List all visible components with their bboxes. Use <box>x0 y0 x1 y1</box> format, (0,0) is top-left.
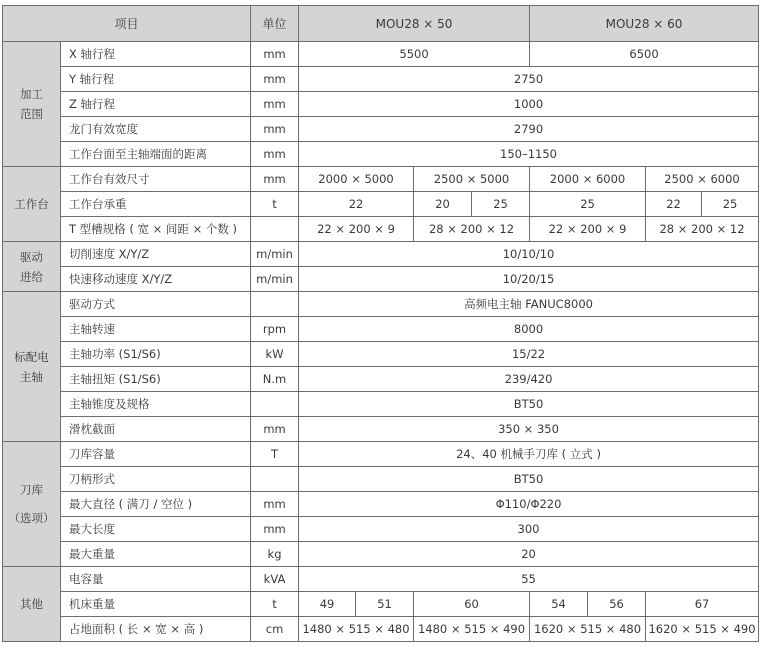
value-cell: 8000 <box>299 317 759 342</box>
item-label: X 轴行程 <box>61 42 251 67</box>
unit-cell: mm <box>251 167 299 192</box>
value-cell: 300 <box>299 517 759 542</box>
item-label: Y 轴行程 <box>61 67 251 92</box>
value-cell: 1620 × 515 × 490 <box>646 617 759 642</box>
table-row: 龙门有效宽度 mm 2790 <box>3 117 759 142</box>
table-row: 最大长度 mm 300 <box>3 517 759 542</box>
value-cell: 1480 × 515 × 490 <box>414 617 530 642</box>
table-row: 占地面积 ( 长 × 宽 × 高 ) cm 1480 × 515 × 480 1… <box>3 617 759 642</box>
item-label: 主轴功率 (S1/S6) <box>61 342 251 367</box>
item-label: 刀库容量 <box>61 442 251 467</box>
item-label: 最大长度 <box>61 517 251 542</box>
group-spindle: 标配电 主轴 <box>3 292 61 442</box>
group-drive: 驱动 进给 <box>3 242 61 292</box>
unit-cell: m/min <box>251 267 299 292</box>
value-cell: 1620 × 515 × 480 <box>530 617 646 642</box>
value-cell: 22 × 200 × 9 <box>530 217 646 242</box>
table-row: 主轴功率 (S1/S6) kW 15/22 <box>3 342 759 367</box>
table-row: 最大直径 ( 满刀 / 空位 ) mm Φ110/Φ220 <box>3 492 759 517</box>
item-label: 占地面积 ( 长 × 宽 × 高 ) <box>61 617 251 642</box>
value-cell: 55 <box>299 567 759 592</box>
unit-cell <box>251 467 299 492</box>
header-model-b: MOU28 × 60 <box>530 6 759 42</box>
table-row: 工作台承重 t 22 20 25 25 22 25 <box>3 192 759 217</box>
unit-cell: rpm <box>251 317 299 342</box>
spec-table: 项目 单位 MOU28 × 50 MOU28 × 60 加工 范围 X 轴行程 … <box>2 5 759 642</box>
unit-cell: kg <box>251 542 299 567</box>
unit-cell: kVA <box>251 567 299 592</box>
group-label: 加工 <box>3 84 60 104</box>
value-cell: Φ110/Φ220 <box>299 492 759 517</box>
value-cell: 20 <box>299 542 759 567</box>
unit-cell: t <box>251 192 299 217</box>
header-item: 项目 <box>3 6 251 42</box>
value-cell: 22 <box>646 192 702 217</box>
table-row: 主轴转速 rpm 8000 <box>3 317 759 342</box>
group-label: 进给 <box>3 267 60 287</box>
unit-cell: N.m <box>251 367 299 392</box>
header-row: 项目 单位 MOU28 × 50 MOU28 × 60 <box>3 6 759 42</box>
unit-cell: mm <box>251 417 299 442</box>
unit-cell <box>251 392 299 417</box>
value-cell: 2500 × 5000 <box>414 167 530 192</box>
value-cell: 150–1150 <box>299 142 759 167</box>
table-row: 驱动 进给 切削速度 X/Y/Z m/min 10/10/10 <box>3 242 759 267</box>
group-label: 刀库 <box>3 480 60 500</box>
group-label: （选项） <box>3 508 60 528</box>
value-cell: 2000 × 6000 <box>530 167 646 192</box>
item-label: 主轴锥度及规格 <box>61 392 251 417</box>
value-cell: 高频电主轴 FANUC8000 <box>299 292 759 317</box>
unit-cell: m/min <box>251 242 299 267</box>
item-label: 最大重量 <box>61 542 251 567</box>
value-cell: BT50 <box>299 467 759 492</box>
item-label: 主轴扭矩 (S1/S6) <box>61 367 251 392</box>
table-row: 刀柄形式 BT50 <box>3 467 759 492</box>
value-cell: 22 <box>299 192 414 217</box>
group-magazine: 刀库 （选项） <box>3 442 61 567</box>
value-cell: 28 × 200 × 12 <box>414 217 530 242</box>
unit-cell: mm <box>251 67 299 92</box>
value-cell: 67 <box>646 592 759 617</box>
item-label: 快速移动速度 X/Y/Z <box>61 267 251 292</box>
value-cell: 25 <box>702 192 759 217</box>
unit-cell: mm <box>251 517 299 542</box>
value-cell: BT50 <box>299 392 759 417</box>
unit-cell: cm <box>251 617 299 642</box>
table-row: 滑枕截面 mm 350 × 350 <box>3 417 759 442</box>
unit-cell: mm <box>251 42 299 67</box>
table-row: 其他 电容量 kVA 55 <box>3 567 759 592</box>
table-row: T 型槽规格 ( 宽 × 间距 × 个数 ) 22 × 200 × 9 28 ×… <box>3 217 759 242</box>
unit-cell: mm <box>251 492 299 517</box>
item-label: 滑枕截面 <box>61 417 251 442</box>
value-cell: 1480 × 515 × 480 <box>299 617 414 642</box>
group-label: 范围 <box>3 104 60 124</box>
item-label: 刀柄形式 <box>61 467 251 492</box>
group-label: 驱动 <box>3 247 60 267</box>
value-cell: 10/10/10 <box>299 242 759 267</box>
value-cell: 49 <box>299 592 356 617</box>
header-unit: 单位 <box>251 6 299 42</box>
value-cell: 22 × 200 × 9 <box>299 217 414 242</box>
item-label: 工作台面至主轴端面的距离 <box>61 142 251 167</box>
value-cell: 6500 <box>530 42 759 67</box>
item-label: T 型槽规格 ( 宽 × 间距 × 个数 ) <box>61 217 251 242</box>
item-label: 机床重量 <box>61 592 251 617</box>
group-table: 工作台 <box>3 167 61 242</box>
table-row: Y 轴行程 mm 2750 <box>3 67 759 92</box>
item-label: 电容量 <box>61 567 251 592</box>
item-label: 驱动方式 <box>61 292 251 317</box>
table-row: 工作台面至主轴端面的距离 mm 150–1150 <box>3 142 759 167</box>
unit-cell: mm <box>251 92 299 117</box>
value-cell: 20 <box>414 192 472 217</box>
table-row: 机床重量 t 49 51 60 54 56 67 <box>3 592 759 617</box>
unit-cell <box>251 292 299 317</box>
item-label: 工作台承重 <box>61 192 251 217</box>
group-other: 其他 <box>3 567 61 642</box>
value-cell: 15/22 <box>299 342 759 367</box>
table-row: 主轴扭矩 (S1/S6) N.m 239/420 <box>3 367 759 392</box>
group-label: 标配电 <box>3 347 60 367</box>
value-cell: 60 <box>414 592 530 617</box>
unit-cell: kW <box>251 342 299 367</box>
unit-cell <box>251 217 299 242</box>
table-row: 加工 范围 X 轴行程 mm 5500 6500 <box>3 42 759 67</box>
value-cell: 1000 <box>299 92 759 117</box>
value-cell: 2500 × 6000 <box>646 167 759 192</box>
value-cell: 56 <box>588 592 646 617</box>
value-cell: 25 <box>472 192 530 217</box>
value-cell: 2000 × 5000 <box>299 167 414 192</box>
unit-cell: mm <box>251 142 299 167</box>
value-cell: 54 <box>530 592 588 617</box>
group-machining-range: 加工 范围 <box>3 42 61 167</box>
group-label: 主轴 <box>3 367 60 387</box>
value-cell: 28 × 200 × 12 <box>646 217 759 242</box>
value-cell: 10/20/15 <box>299 267 759 292</box>
item-label: Z 轴行程 <box>61 92 251 117</box>
value-cell: 51 <box>356 592 414 617</box>
unit-cell: T <box>251 442 299 467</box>
unit-cell: mm <box>251 117 299 142</box>
item-label: 最大直径 ( 满刀 / 空位 ) <box>61 492 251 517</box>
unit-cell: t <box>251 592 299 617</box>
value-cell: 2790 <box>299 117 759 142</box>
table-row: 最大重量 kg 20 <box>3 542 759 567</box>
header-model-a: MOU28 × 50 <box>299 6 530 42</box>
item-label: 主轴转速 <box>61 317 251 342</box>
item-label: 切削速度 X/Y/Z <box>61 242 251 267</box>
table-row: 工作台 工作台有效尺寸 mm 2000 × 5000 2500 × 5000 2… <box>3 167 759 192</box>
table-row: 标配电 主轴 驱动方式 高频电主轴 FANUC8000 <box>3 292 759 317</box>
table-row: 主轴锥度及规格 BT50 <box>3 392 759 417</box>
table-row: 刀库 （选项） 刀库容量 T 24、40 机械手刀库 ( 立式 ) <box>3 442 759 467</box>
value-cell: 2750 <box>299 67 759 92</box>
value-cell: 25 <box>530 192 646 217</box>
item-label: 龙门有效宽度 <box>61 117 251 142</box>
table-row: 快速移动速度 X/Y/Z m/min 10/20/15 <box>3 267 759 292</box>
value-cell: 24、40 机械手刀库 ( 立式 ) <box>299 442 759 467</box>
value-cell: 5500 <box>299 42 530 67</box>
value-cell: 350 × 350 <box>299 417 759 442</box>
item-label: 工作台有效尺寸 <box>61 167 251 192</box>
value-cell: 239/420 <box>299 367 759 392</box>
table-row: Z 轴行程 mm 1000 <box>3 92 759 117</box>
